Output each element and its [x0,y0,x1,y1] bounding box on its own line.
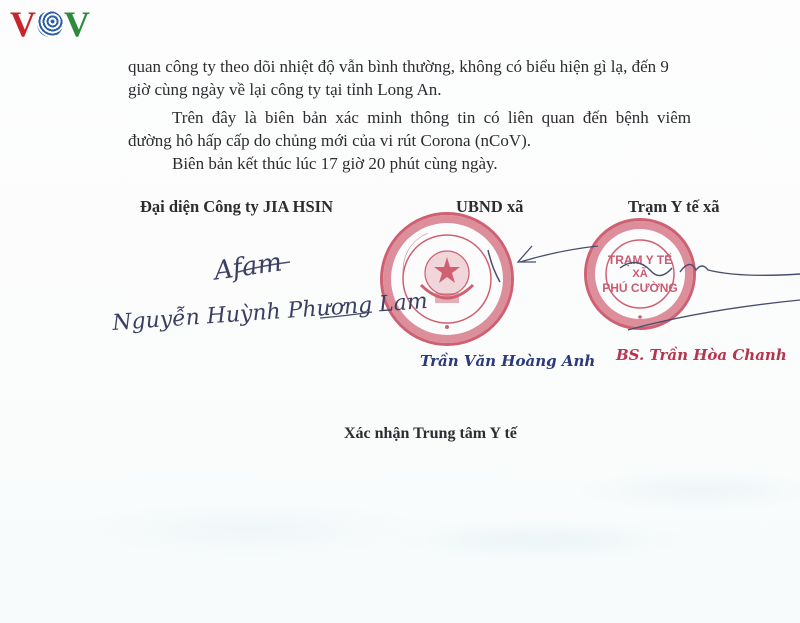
paragraph-line-3: Trên đây là biên bản xác minh thông tin … [172,107,691,129]
paper-bleed-through [0,450,800,623]
medical-center-confirmation-heading: Xác nhận Trung tâm Y tế [344,425,517,443]
national-emblem-icon [383,215,511,343]
signatory-heading-health-station: Trạm Y tế xã [628,197,719,217]
stamp-center-line-2: XÃ [587,267,693,281]
health-station-stamp: TRẠM Y TẾ XÃ PHÚ CƯỜNG [584,218,696,330]
logo-globe-icon [37,11,63,37]
logo-letter-v-left: V [10,8,36,40]
logo-letter-v-right: V [64,8,90,40]
health-station-signer-name: BS. Trần Hòa Chanh [616,346,787,364]
commune-stamp [380,212,514,346]
paragraph-line-5: Biên bản kết thúc lúc 17 giờ 20 phút cùn… [172,153,498,175]
vov-logo: V V [10,8,90,40]
commune-signer-name: Trần Văn Hoàng Anh [420,352,595,370]
paragraph-line-4: đường hô hấp cấp do chủng mới của vi rút… [128,130,531,152]
stamp-center-line-3: PHÚ CƯỜNG [587,281,693,295]
signatory-heading-company: Đại diện Công ty JIA HSIN [140,197,333,217]
paragraph-line-1: quan công ty theo dõi nhiệt độ vẫn bình … [128,56,669,78]
stamp-center-line-1: TRẠM Y TẾ [587,253,693,267]
paragraph-line-2: giờ cùng ngày về lại công ty tại tỉnh Lo… [128,79,442,101]
